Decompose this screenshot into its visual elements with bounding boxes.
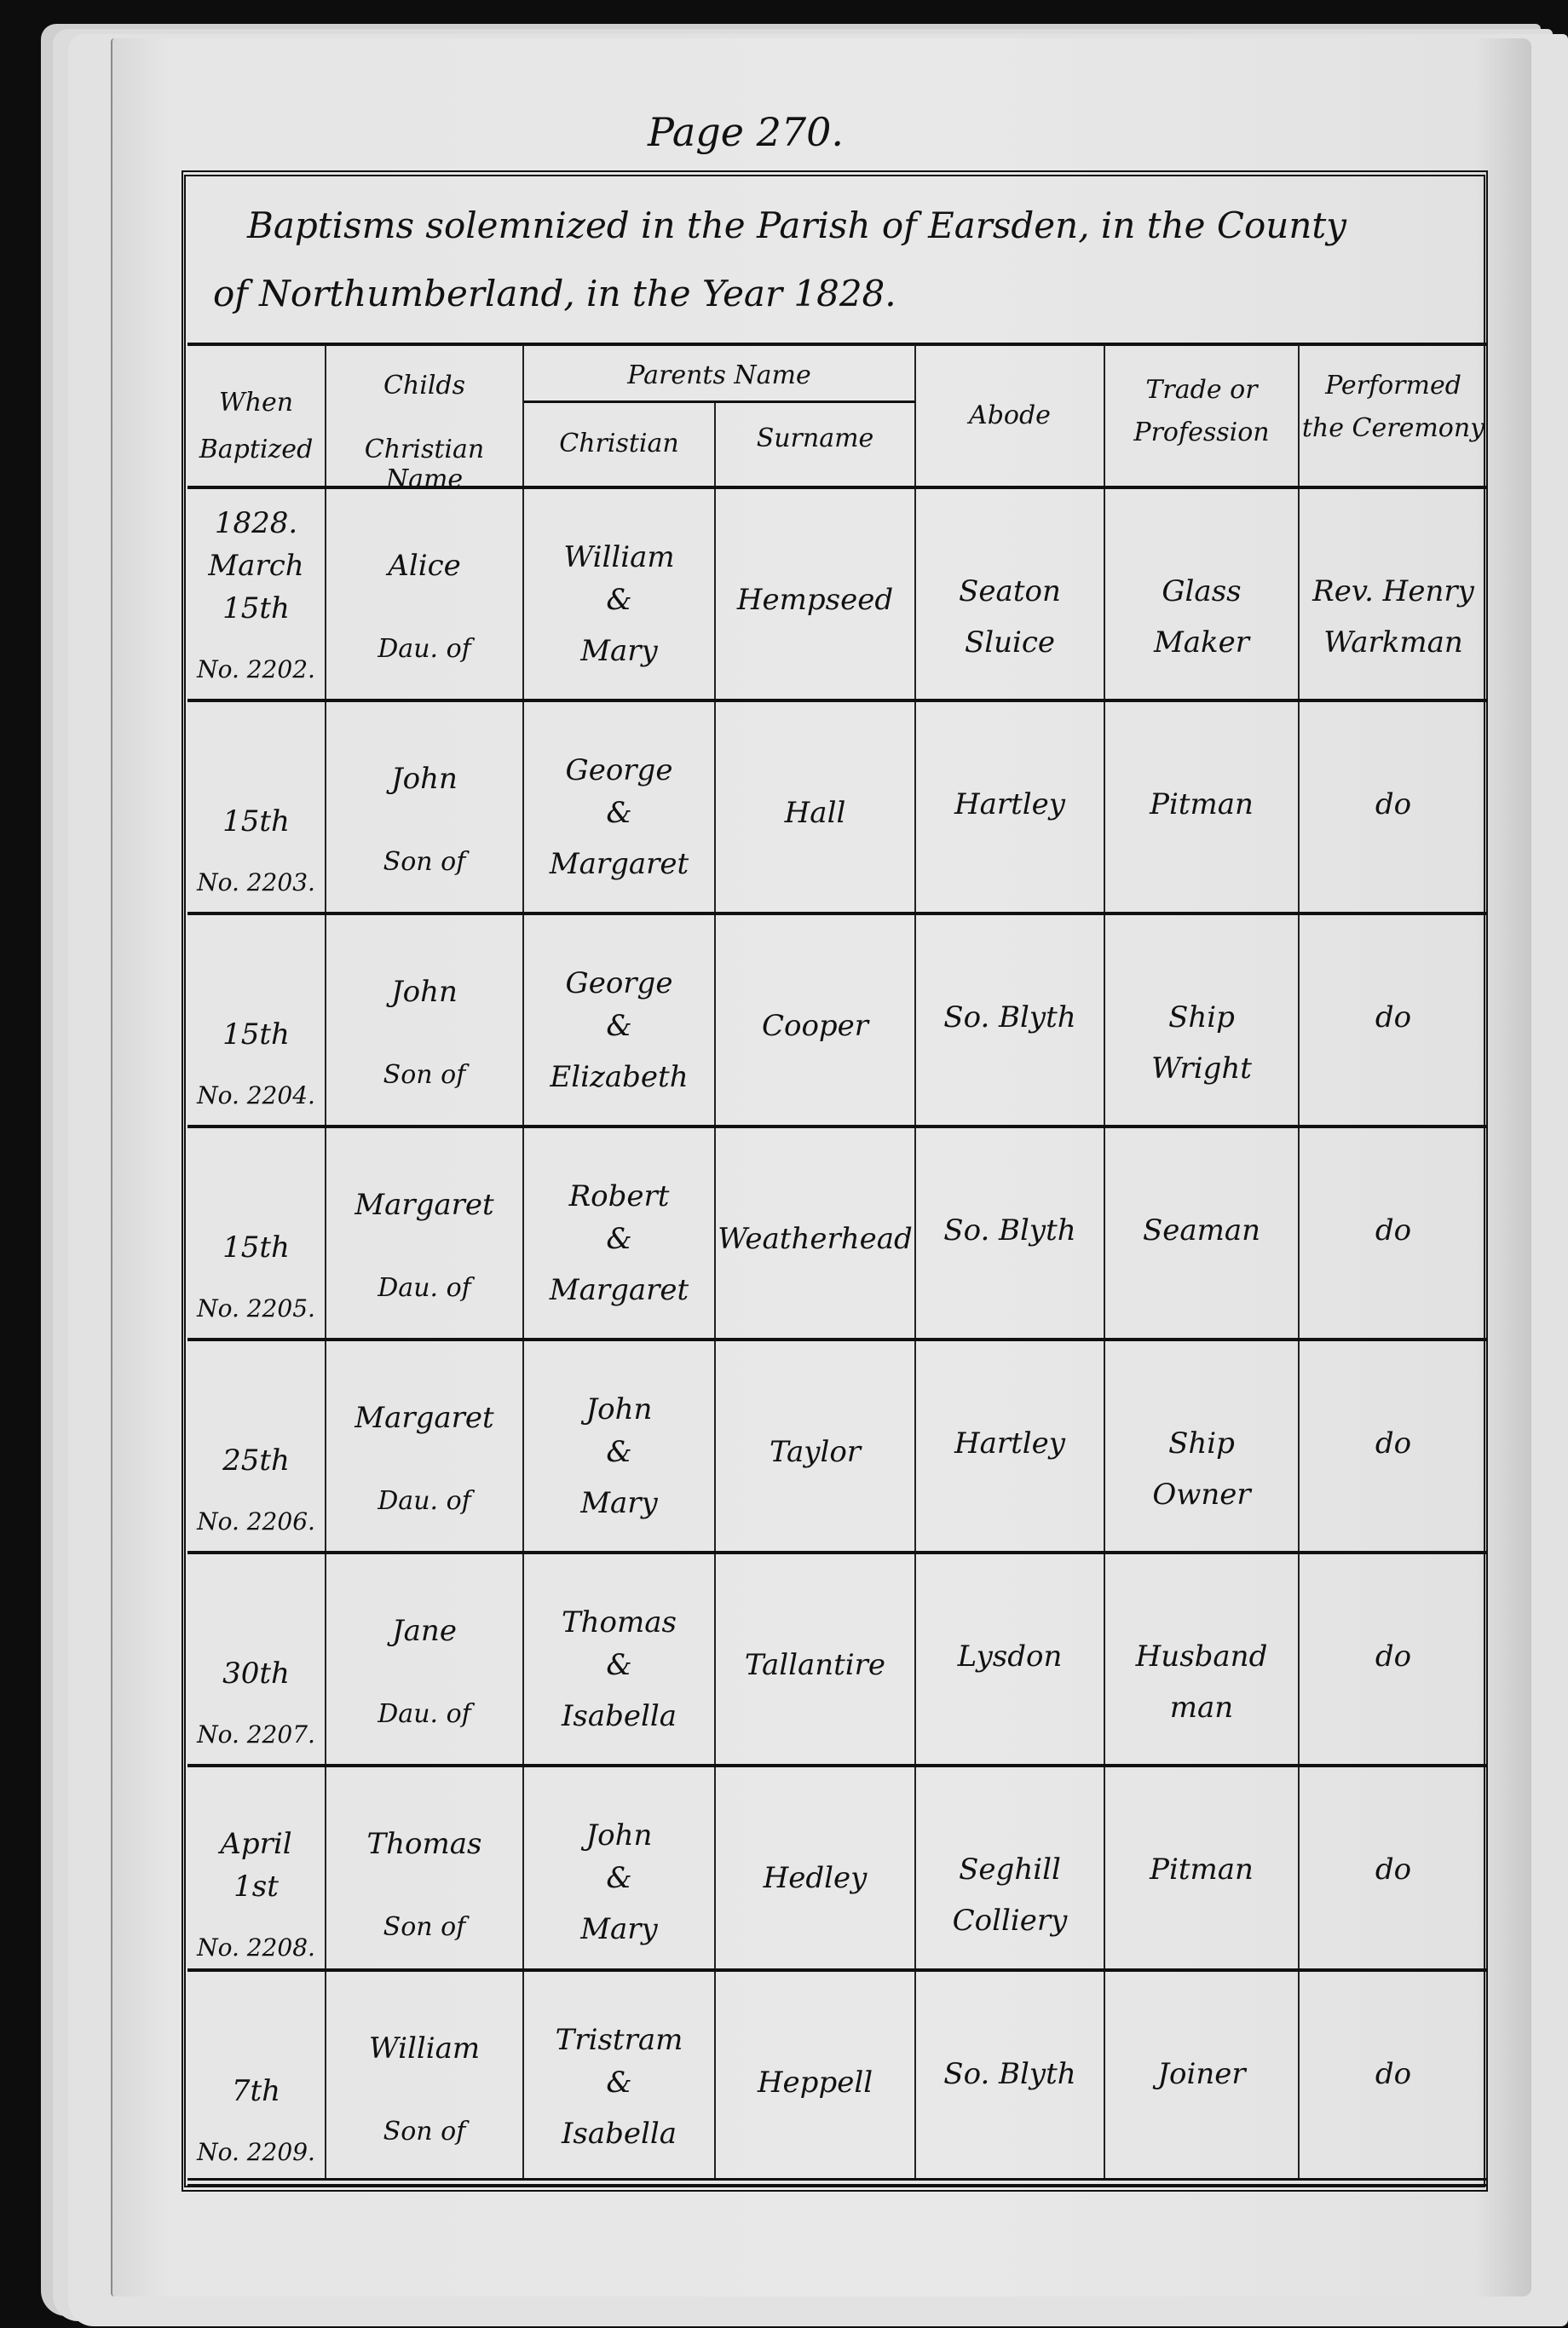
cell-when-baptized-text: No. 2202. xyxy=(187,655,325,683)
cell-parents-christian-text: Margaret xyxy=(524,1273,714,1307)
cell-parents-christian: John&Mary xyxy=(524,1767,716,1968)
cell-parents-surname: Hedley xyxy=(716,1767,916,1968)
header-trade: Trade or Profession xyxy=(1105,345,1300,486)
cell-when-baptized-text: 15th xyxy=(187,804,325,838)
cell-child-name-text: Margaret xyxy=(326,1401,522,1435)
cell-when-baptized-text: No. 2203. xyxy=(187,868,325,896)
header-text: Christian xyxy=(524,429,714,458)
cell-child-name: JohnSon of xyxy=(326,915,524,1125)
cell-performed-by-text: do xyxy=(1300,1213,1487,1248)
cell-abode-text: Lysdon xyxy=(916,1639,1104,1674)
cell-trade-text: Pitman xyxy=(1105,1853,1298,1887)
cell-parents-surname: Cooper xyxy=(716,915,916,1125)
cell-child-name-text: Thomas xyxy=(326,1827,522,1861)
cell-parents-surname-text: Tallantire xyxy=(716,1648,914,1682)
cell-parents-surname: Heppell xyxy=(716,1972,916,2178)
cell-child-name: ThomasSon of xyxy=(326,1767,524,1968)
header-text: Surname xyxy=(716,424,914,453)
cell-when-baptized-text: No. 2207. xyxy=(187,1720,325,1749)
cell-parents-surname-text: Hall xyxy=(716,796,914,830)
cell-child-name: JohnSon of xyxy=(326,702,524,912)
cell-child-name: MargaretDau. of xyxy=(326,1128,524,1338)
title-line-1: Baptisms solemnized in the Parish of Ear… xyxy=(213,192,1474,260)
cell-when-baptized-text: 25th xyxy=(187,1443,325,1478)
cell-parents-christian-text: & xyxy=(524,1648,714,1682)
cell-child-name-text: John xyxy=(326,975,522,1009)
cell-parents-christian-text: & xyxy=(524,583,714,617)
cell-parents-surname: Taylor xyxy=(716,1341,916,1551)
cell-when-baptized: 7thNo. 2209. xyxy=(187,1972,326,2178)
cell-abode-text: So. Blyth xyxy=(916,2057,1104,2091)
cell-parents-christian-text: Mary xyxy=(524,1912,714,1946)
cell-performed-by: do xyxy=(1300,1128,1487,1338)
cell-abode: Lysdon xyxy=(916,1554,1105,1764)
cell-trade: GlassMaker xyxy=(1105,489,1300,699)
cell-parents-christian-text: & xyxy=(524,796,714,830)
cell-parents-christian-text: John xyxy=(524,1392,714,1426)
cell-performed-by-text: do xyxy=(1300,1853,1487,1887)
cell-when-baptized-text: 1st xyxy=(187,1870,325,1904)
cell-child-name-text: Son of xyxy=(326,1060,522,1090)
cell-performed-by-text: Rev. Henry xyxy=(1300,574,1487,608)
header-text: Trade or xyxy=(1105,375,1298,405)
cell-parents-christian: George&Margaret xyxy=(524,702,716,912)
cell-when-baptized-text: 15th xyxy=(187,591,325,625)
cell-trade-text: man xyxy=(1105,1691,1298,1725)
cell-performed-by-text: do xyxy=(1300,787,1487,821)
cell-performed-by: do xyxy=(1300,1341,1487,1551)
cell-when-baptized-text: 30th xyxy=(187,1657,325,1691)
cell-trade: Pitman xyxy=(1105,1767,1300,1968)
cell-trade: Joiner xyxy=(1105,1972,1300,2178)
cell-parents-christian-text: Isabella xyxy=(524,2117,714,2151)
cell-parents-christian: John&Mary xyxy=(524,1341,716,1551)
cell-parents-christian-text: Isabella xyxy=(524,1699,714,1733)
header-performed-by: Performed the Ceremony xyxy=(1300,345,1487,486)
cell-performed-by: do xyxy=(1300,1767,1487,1968)
cell-trade-text: Ship xyxy=(1105,1426,1298,1461)
cell-parents-surname-text: Weatherhead xyxy=(716,1222,914,1256)
cell-trade-text: Seaman xyxy=(1105,1213,1298,1248)
cell-trade-text: Owner xyxy=(1105,1478,1298,1512)
cell-performed-by-text: do xyxy=(1300,1639,1487,1674)
cell-parents-surname-text: Heppell xyxy=(716,2066,914,2100)
cell-parents-surname: Hall xyxy=(716,702,916,912)
table-row: 15thNo. 2205.MargaretDau. ofRobert&Marga… xyxy=(187,1125,1487,1338)
cell-child-name-text: Dau. of xyxy=(326,634,522,664)
cell-when-baptized-text: 15th xyxy=(187,1230,325,1265)
cell-performed-by-text: do xyxy=(1300,1426,1487,1461)
cell-parents-surname-text: Taylor xyxy=(716,1435,914,1469)
cell-performed-by: do xyxy=(1300,702,1487,912)
cell-child-name-text: William xyxy=(326,2031,522,2066)
header-when-baptized: When Baptized xyxy=(187,345,326,486)
cell-abode-text: Seaton xyxy=(916,574,1104,608)
header-text: Profession xyxy=(1105,418,1298,447)
cell-child-name-text: Jane xyxy=(326,1614,522,1648)
cell-trade-text: Glass xyxy=(1105,574,1298,608)
header-parents-name: Parents Name xyxy=(524,345,916,403)
header-text: When xyxy=(187,388,325,418)
cell-when-baptized-text: April xyxy=(187,1827,325,1861)
cell-performed-by: do xyxy=(1300,915,1487,1125)
cell-child-name: AliceDau. of xyxy=(326,489,524,699)
cell-when-baptized: 1828.March15thNo. 2202. xyxy=(187,489,326,699)
cell-child-name-text: Dau. of xyxy=(326,1699,522,1729)
cell-performed-by: Rev. HenryWarkman xyxy=(1300,489,1487,699)
cell-when-baptized: April1stNo. 2208. xyxy=(187,1767,326,1968)
cell-abode-text: Sluice xyxy=(916,625,1104,660)
cell-child-name-text: John xyxy=(326,762,522,796)
cell-parents-christian-text: Tristram xyxy=(524,2023,714,2057)
cell-parents-christian-text: Thomas xyxy=(524,1605,714,1639)
cell-when-baptized-text: 7th xyxy=(187,2074,325,2108)
cell-parents-surname-text: Hempseed xyxy=(716,583,914,617)
cell-trade: ShipOwner xyxy=(1105,1341,1300,1551)
header-child-name: Childs Christian Name xyxy=(326,345,524,486)
cell-abode: So. Blyth xyxy=(916,915,1105,1125)
cell-parents-christian-text: Elizabeth xyxy=(524,1060,714,1094)
header-parents-christian: Christian xyxy=(524,403,716,486)
cell-abode: Hartley xyxy=(916,702,1105,912)
cell-parents-surname: Weatherhead xyxy=(716,1128,916,1338)
cell-parents-christian-text: William xyxy=(524,540,714,574)
cell-parents-surname: Hempseed xyxy=(716,489,916,699)
cell-child-name: WilliamSon of xyxy=(326,1972,524,2178)
cell-abode: SeatonSluice xyxy=(916,489,1105,699)
cell-abode-text: So. Blyth xyxy=(916,1000,1104,1034)
cell-trade-text: Ship xyxy=(1105,1000,1298,1034)
cell-child-name-text: Margaret xyxy=(326,1188,522,1222)
cell-when-baptized-text: No. 2209. xyxy=(187,2138,325,2166)
cell-when-baptized-text: 15th xyxy=(187,1017,325,1052)
cell-parents-surname: Tallantire xyxy=(716,1554,916,1764)
cell-parents-christian-text: George xyxy=(524,753,714,787)
page-number: Page 270. xyxy=(648,109,844,155)
cell-parents-christian: Tristram&Isabella xyxy=(524,1972,716,2178)
cell-when-baptized: 15thNo. 2204. xyxy=(187,915,326,1125)
cell-parents-christian-text: & xyxy=(524,1009,714,1043)
cell-parents-surname-text: Cooper xyxy=(716,1009,914,1043)
cell-abode-text: Colliery xyxy=(916,1904,1104,1938)
cell-trade-text: Joiner xyxy=(1105,2057,1298,2091)
table-row: 1828.March15thNo. 2202.AliceDau. ofWilli… xyxy=(187,486,1487,699)
header-parents-surname: Surname xyxy=(716,403,916,486)
cell-child-name-text: Son of xyxy=(326,1912,522,1942)
cell-child-name: MargaretDau. of xyxy=(326,1341,524,1551)
cell-child-name: JaneDau. of xyxy=(326,1554,524,1764)
header-text: Parents Name xyxy=(524,360,914,390)
cell-when-baptized-text: No. 2206. xyxy=(187,1507,325,1536)
cell-trade: Seaman xyxy=(1105,1128,1300,1338)
cell-child-name-text: Son of xyxy=(326,847,522,877)
cell-trade: Husbandman xyxy=(1105,1554,1300,1764)
cell-when-baptized: 30thNo. 2207. xyxy=(187,1554,326,1764)
header-text: Performed xyxy=(1300,371,1487,400)
cell-when-baptized-text: No. 2204. xyxy=(187,1081,325,1109)
cell-when-baptized-text: 1828. xyxy=(187,506,325,540)
cell-abode-text: Hartley xyxy=(916,787,1104,821)
cell-when-baptized: 15thNo. 2205. xyxy=(187,1128,326,1338)
table-row: 30thNo. 2207.JaneDau. ofThomas&IsabellaT… xyxy=(187,1551,1487,1764)
cell-parents-surname-text: Hedley xyxy=(716,1861,914,1895)
cell-trade-text: Wright xyxy=(1105,1052,1298,1086)
cell-when-baptized-text: No. 2208. xyxy=(187,1933,325,1962)
cell-parents-christian: Thomas&Isabella xyxy=(524,1554,716,1764)
cell-parents-christian-text: & xyxy=(524,2066,714,2100)
cell-abode-text: So. Blyth xyxy=(916,1213,1104,1248)
cell-parents-christian-text: & xyxy=(524,1435,714,1469)
header-abode: Abode xyxy=(916,345,1105,486)
cell-parents-christian-text: & xyxy=(524,1861,714,1895)
cell-abode-text: Hartley xyxy=(916,1426,1104,1461)
header-text: Childs xyxy=(326,371,522,400)
cell-child-name-text: Dau. of xyxy=(326,1273,522,1303)
header-text: the Ceremony xyxy=(1300,413,1487,443)
cell-abode: SeghillColliery xyxy=(916,1767,1105,1968)
cell-performed-by-text: Warkman xyxy=(1300,625,1487,660)
cell-when-baptized: 15thNo. 2203. xyxy=(187,702,326,912)
table-row: 7thNo. 2209.WilliamSon ofTristram&Isabel… xyxy=(187,1968,1487,2178)
cell-child-name-text: Dau. of xyxy=(326,1486,522,1516)
cell-parents-christian-text: Robert xyxy=(524,1179,714,1213)
cell-abode: So. Blyth xyxy=(916,1128,1105,1338)
cell-parents-christian: George&Elizabeth xyxy=(524,915,716,1125)
cell-parents-christian-text: & xyxy=(524,1222,714,1256)
cell-when-baptized-text: March xyxy=(187,549,325,583)
cell-parents-christian-text: Mary xyxy=(524,1486,714,1520)
cell-performed-by: do xyxy=(1300,1972,1487,2178)
cell-parents-christian-text: John xyxy=(524,1818,714,1853)
cell-trade: Pitman xyxy=(1105,702,1300,912)
cell-child-name-text: Son of xyxy=(326,2117,522,2146)
cell-abode-text: Seghill xyxy=(916,1853,1104,1887)
cell-performed-by: do xyxy=(1300,1554,1487,1764)
table-row: 25thNo. 2206.MargaretDau. ofJohn&MaryTay… xyxy=(187,1338,1487,1551)
cell-when-baptized: 25thNo. 2206. xyxy=(187,1341,326,1551)
cell-abode: Hartley xyxy=(916,1341,1105,1551)
table-bottom-rule xyxy=(187,2178,1487,2187)
cell-trade-text: Husband xyxy=(1105,1639,1298,1674)
cell-parents-christian: Robert&Margaret xyxy=(524,1128,716,1338)
cell-parents-christian: William&Mary xyxy=(524,489,716,699)
cell-trade-text: Pitman xyxy=(1105,787,1298,821)
table-row: 15thNo. 2203.JohnSon ofGeorge&MargaretHa… xyxy=(187,699,1487,912)
cell-child-name-text: Alice xyxy=(326,549,522,583)
header-text: Abode xyxy=(916,400,1104,430)
cell-abode: So. Blyth xyxy=(916,1972,1105,2178)
header-text: Baptized xyxy=(187,435,325,464)
cell-performed-by-text: do xyxy=(1300,1000,1487,1034)
cell-parents-christian-text: George xyxy=(524,966,714,1000)
cell-parents-christian-text: Margaret xyxy=(524,847,714,881)
table-row: April1stNo. 2208.ThomasSon ofJohn&MaryHe… xyxy=(187,1764,1487,1968)
cell-performed-by-text: do xyxy=(1300,2057,1487,2091)
table-row: 15thNo. 2204.JohnSon ofGeorge&ElizabethC… xyxy=(187,912,1487,1125)
title-line-2: of Northumberland, in the Year 1828. xyxy=(213,260,1474,328)
cell-trade-text: Maker xyxy=(1105,625,1298,660)
cell-when-baptized-text: No. 2205. xyxy=(187,1294,325,1322)
cell-parents-christian-text: Mary xyxy=(524,634,714,668)
cell-trade: ShipWright xyxy=(1105,915,1300,1125)
register-title: Baptisms solemnized in the Parish of Ear… xyxy=(213,192,1474,328)
